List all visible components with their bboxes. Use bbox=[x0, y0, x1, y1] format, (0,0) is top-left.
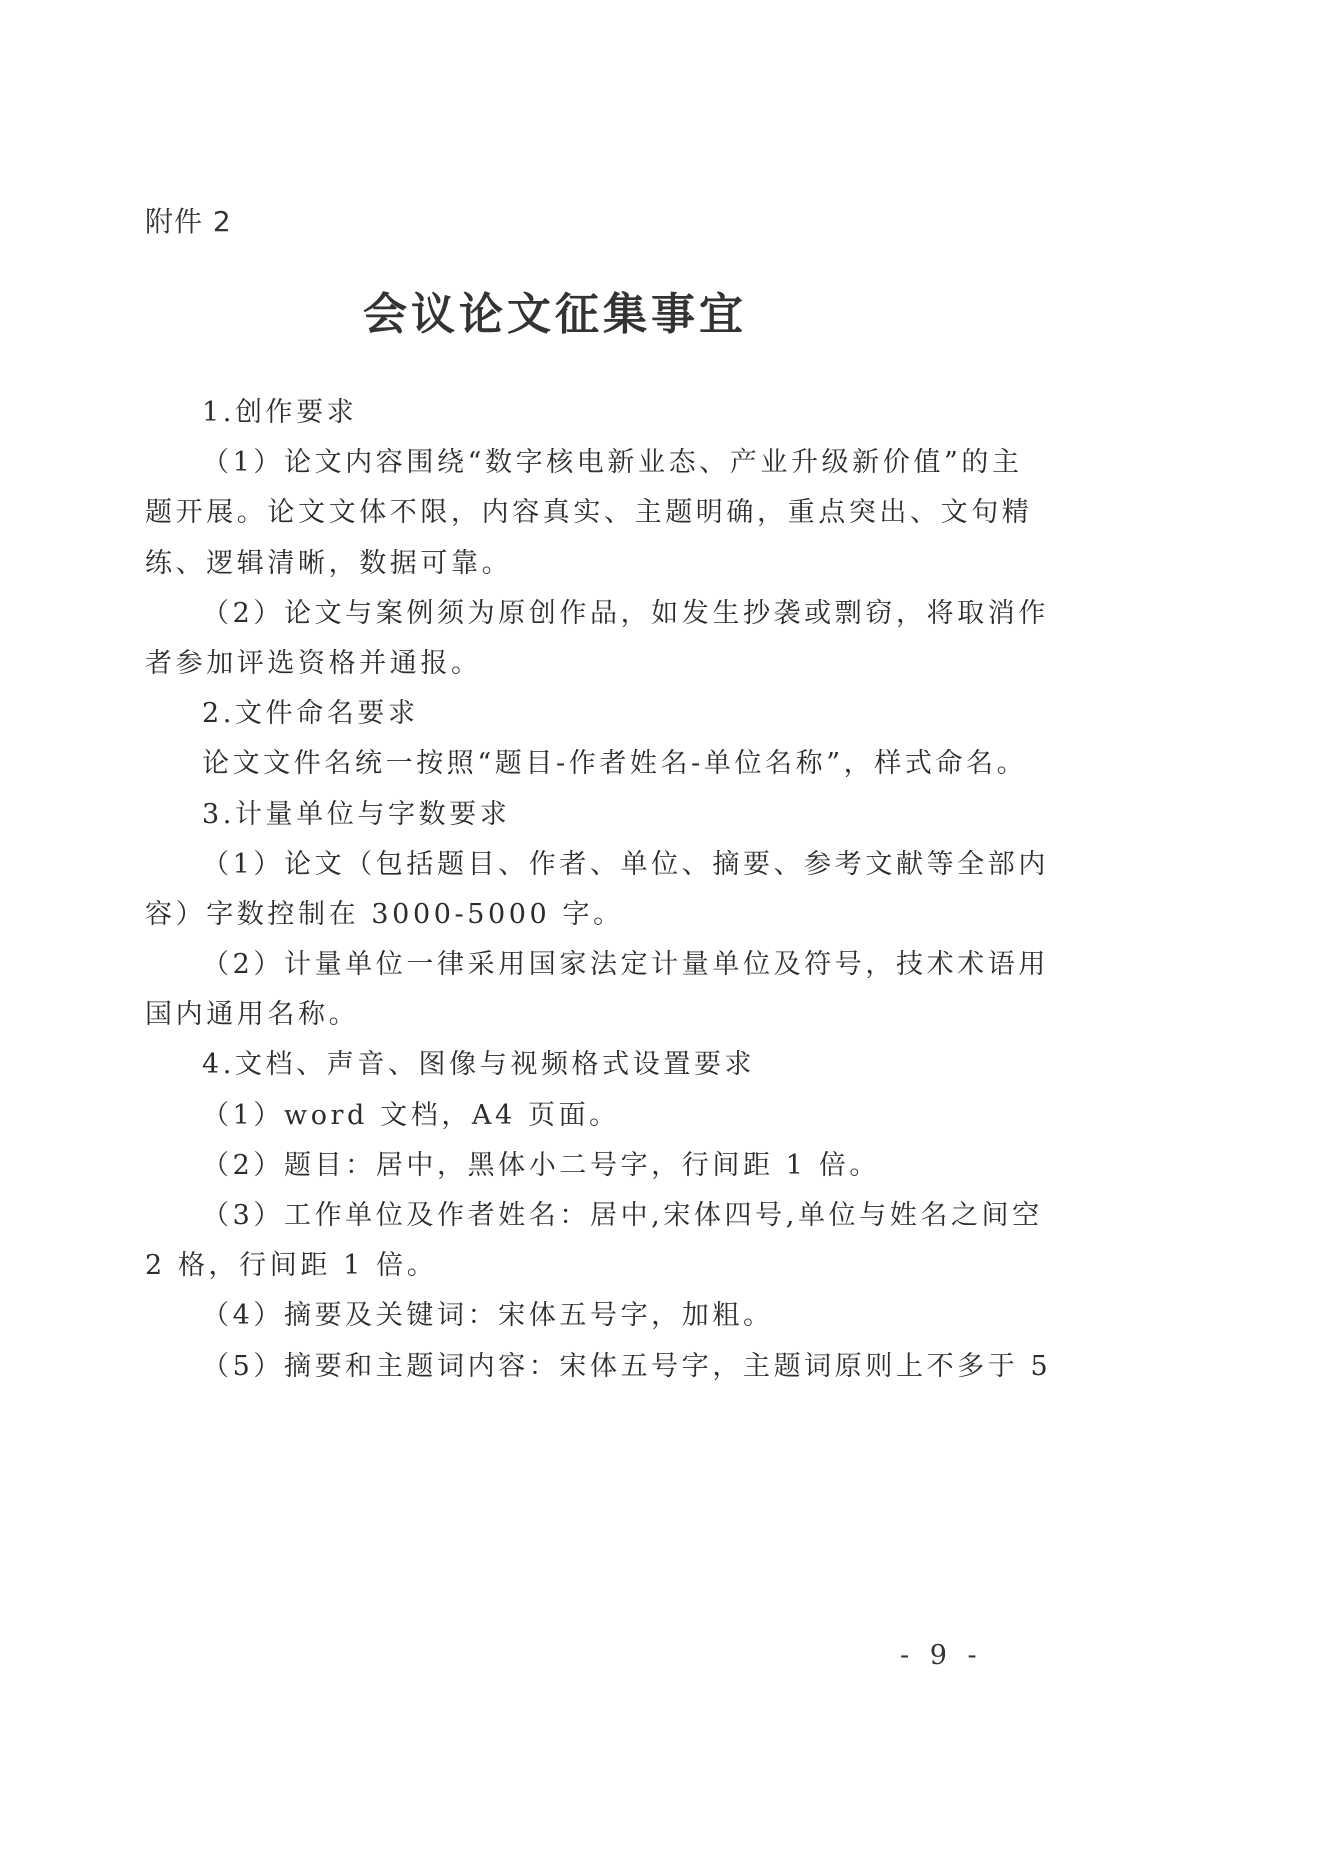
page-title: 会议论文征集事宜 bbox=[0, 278, 1110, 342]
paragraph-line: 2 格，行间距 1 倍。 bbox=[145, 1241, 967, 1291]
paragraph-line: 练、逻辑清晰，数据可靠。 bbox=[145, 539, 967, 589]
page-number: - 9 - bbox=[900, 1640, 983, 1671]
paragraph-line: （1）论文（包括题目、作者、单位、摘要、参考文献等全部内 bbox=[145, 840, 967, 890]
paragraph-line: 题开展。论文文体不限，内容真实、主题明确，重点突出、文句精 bbox=[145, 488, 967, 538]
paragraph-line: （1）论文内容围绕“数字核电新业态、产业升级新价值”的主 bbox=[145, 438, 967, 488]
paragraph-line: 2.文件命名要求 bbox=[145, 689, 967, 739]
paragraph-line: （2）题目：居中，黑体小二号字，行间距 1 倍。 bbox=[145, 1141, 967, 1191]
paragraph-line: （5）摘要和主题词内容：宋体五号字，主题词原则上不多于 5 bbox=[145, 1342, 967, 1392]
paragraph-line: 3.计量单位与字数要求 bbox=[145, 790, 967, 840]
document-page: 附件 2 会议论文征集事宜 1.创作要求（1）论文内容围绕“数字核电新业态、产业… bbox=[0, 0, 1323, 1871]
paragraph-line: （4）摘要及关键词：宋体五号字，加粗。 bbox=[145, 1291, 967, 1341]
paragraph-line: （3）工作单位及作者姓名：居中,宋体四号,单位与姓名之间空 bbox=[145, 1191, 967, 1241]
attachment-label: 附件 2 bbox=[145, 200, 232, 240]
paragraph-line: 容）字数控制在 3000-5000 字。 bbox=[145, 890, 967, 940]
paragraph-line: 4.文档、声音、图像与视频格式设置要求 bbox=[145, 1040, 967, 1090]
paragraph-line: （2）计量单位一律采用国家法定计量单位及符号，技术术语用 bbox=[145, 940, 967, 990]
paragraph-line: 者参加评选资格并通报。 bbox=[145, 639, 967, 689]
paragraph-line: （2）论文与案例须为原创作品，如发生抄袭或剽窃，将取消作 bbox=[145, 589, 967, 639]
paragraph-line: 论文文件名统一按照“题目-作者姓名-单位名称”，样式命名。 bbox=[145, 739, 967, 789]
paragraph-line: （1）word 文档，A4 页面。 bbox=[145, 1091, 967, 1141]
paragraph-line: 1.创作要求 bbox=[145, 388, 967, 438]
paragraph-line: 国内通用名称。 bbox=[145, 990, 967, 1040]
document-body: 1.创作要求（1）论文内容围绕“数字核电新业态、产业升级新价值”的主题开展。论文… bbox=[145, 388, 967, 1392]
